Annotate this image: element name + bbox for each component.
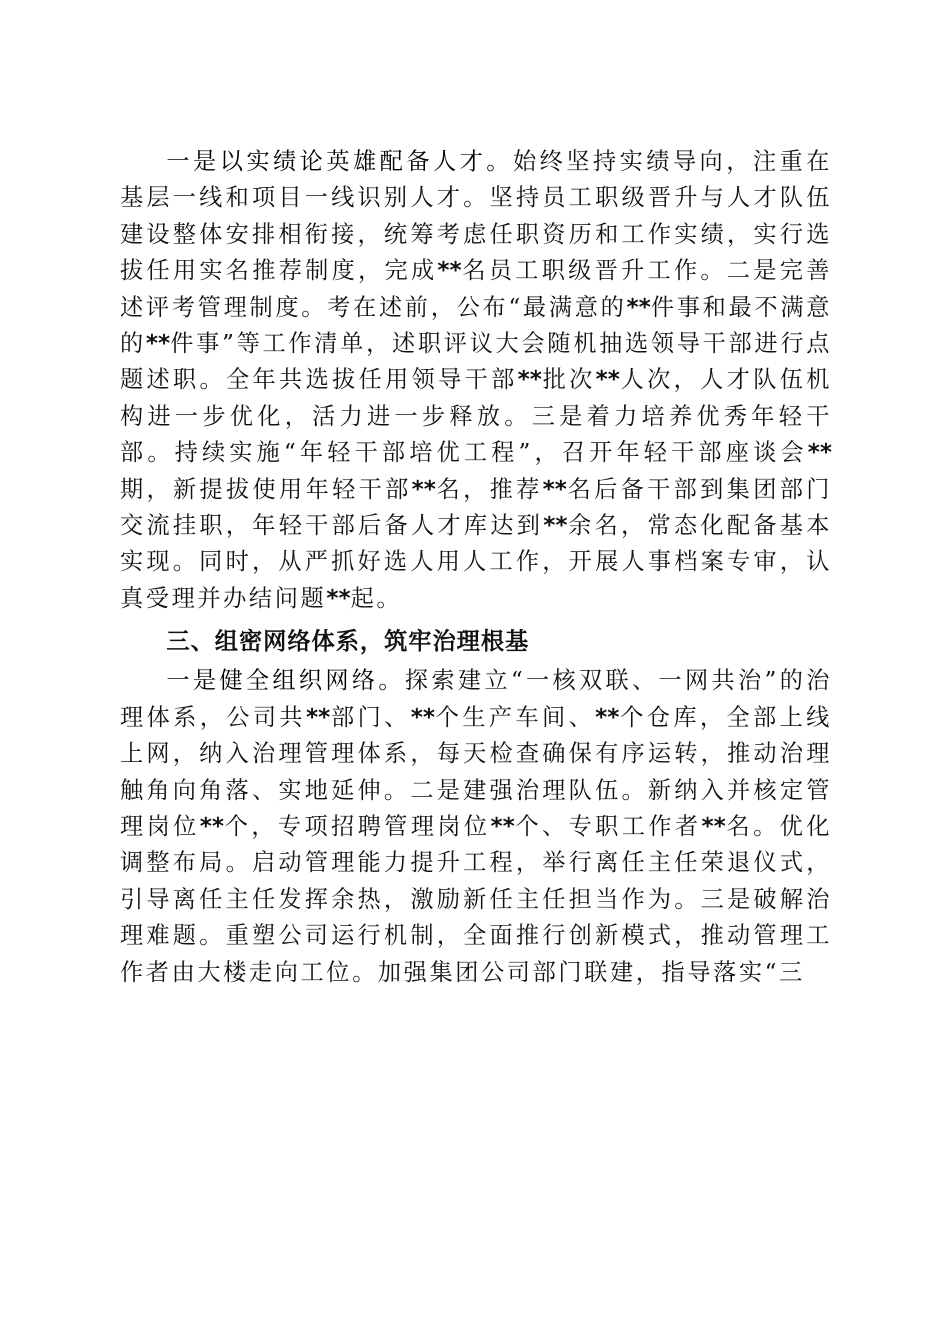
masked-number: ** bbox=[146, 330, 170, 357]
section-heading: 三、组密网络体系，筑牢治理根基 bbox=[120, 623, 832, 661]
masked-number: ** bbox=[490, 813, 514, 840]
text-run: 起。 bbox=[351, 585, 403, 612]
masked-number: ** bbox=[411, 704, 435, 731]
paragraph-lead: 一是健全组织网络。 bbox=[166, 667, 405, 694]
text-run: 个生产车间、 bbox=[435, 704, 595, 731]
paragraph-governance-network: 一是健全组织网络。探索建立“一核双联、一网共治”的治理体系，公司共**部门、**… bbox=[120, 663, 832, 991]
paragraph-talent-allocation: 一是以实绩论英雄配备人才。始终坚持实绩导向，注重在基层一线和项目一线识别人才。坚… bbox=[120, 144, 832, 617]
masked-number: ** bbox=[595, 704, 619, 731]
document-page: 一是以实绩论英雄配备人才。始终坚持实绩导向，注重在基层一线和项目一线识别人才。坚… bbox=[120, 144, 832, 991]
masked-number: ** bbox=[596, 366, 620, 393]
text-run: 个、专职工作者 bbox=[515, 813, 702, 840]
text-run: 个，专项招聘管理岗位 bbox=[224, 813, 490, 840]
text-run: 批次 bbox=[542, 366, 596, 393]
masked-number: ** bbox=[543, 512, 567, 539]
text-run: 名，推荐 bbox=[436, 476, 543, 503]
masked-number: ** bbox=[808, 439, 832, 466]
masked-number: ** bbox=[627, 294, 651, 321]
masked-number: ** bbox=[518, 366, 542, 393]
masked-number: ** bbox=[200, 813, 224, 840]
text-run: 部门、 bbox=[330, 704, 410, 731]
text-run: 期，新提拔使用年轻干部 bbox=[120, 476, 412, 503]
masked-number: ** bbox=[437, 257, 461, 284]
masked-number: ** bbox=[543, 476, 567, 503]
masked-number: ** bbox=[412, 476, 436, 503]
masked-number: ** bbox=[701, 813, 725, 840]
masked-number: ** bbox=[306, 704, 330, 731]
masked-number: ** bbox=[326, 585, 350, 612]
paragraph-lead: 一是以实绩论英雄配备人才。 bbox=[166, 148, 513, 175]
